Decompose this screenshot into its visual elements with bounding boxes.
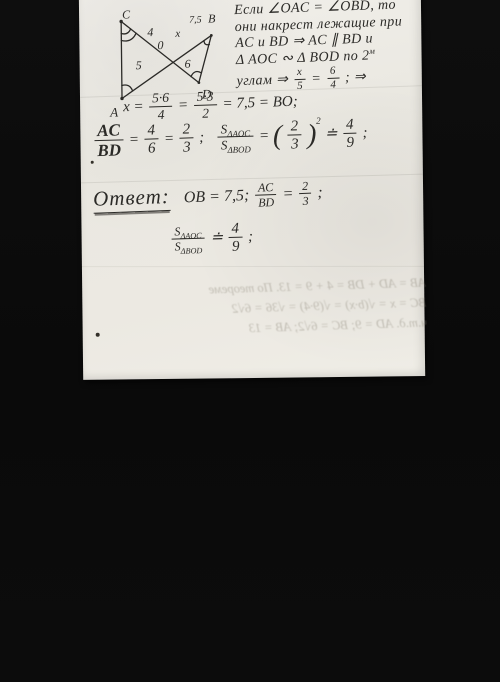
- label-c: C: [122, 8, 131, 22]
- x-equals: x =: [123, 99, 144, 116]
- fraction-numerator: 4: [228, 221, 242, 239]
- photo-background: C 7,5 B x 4 0 5 6 D A Если ∠OAC = ∠OBD, …: [0, 0, 500, 682]
- triangle-subscript: ΔBOD: [181, 246, 203, 256]
- answer-line-2: SΔAOC SΔBOD ≐ 49 ;: [169, 220, 253, 257]
- fraction-denominator: 6: [145, 140, 159, 158]
- work-line-ratios: ACBD = 46 = 23 ; SΔAOC SΔBOD = ( 23 )2 ≐…: [92, 114, 368, 161]
- fraction-numerator: 2: [179, 121, 193, 139]
- fraction-2-3-squared: 23: [287, 118, 301, 153]
- fraction-denominator: 3: [288, 136, 302, 154]
- fraction-areas: SΔAOC SΔBOD: [217, 122, 253, 153]
- notebook-page: C 7,5 B x 4 0 5 6 D A Если ∠OAC = ∠OBD, …: [79, 0, 425, 380]
- open-paren: (: [272, 120, 282, 151]
- ink-speck: [96, 333, 100, 337]
- fraction-denominator: BD: [95, 141, 124, 161]
- ink-speck: [91, 161, 94, 164]
- equals-sign: =: [259, 128, 270, 144]
- area-denominator: SΔBOD: [172, 239, 205, 254]
- fraction-ac-bd: ACBD: [255, 181, 277, 210]
- equals-sign: ≐: [325, 126, 338, 142]
- fraction-ac-bd: ACBD: [94, 121, 124, 161]
- label-6: 6: [185, 57, 191, 71]
- fraction-4-9: 49: [343, 117, 357, 152]
- fraction-denominator: 9: [343, 134, 357, 152]
- label-a: A: [109, 105, 118, 120]
- equals-sign: =: [178, 97, 189, 113]
- label-b-value: 7,5: [189, 15, 202, 26]
- fraction-numerator: AC: [255, 181, 277, 196]
- fraction-4-6: 46: [144, 122, 158, 157]
- area-numerator: SΔAOC: [171, 225, 204, 240]
- label-o: 0: [157, 38, 163, 52]
- fraction-4-9: 49: [228, 221, 242, 256]
- label-5: 5: [136, 58, 142, 72]
- answer-label: Ответ:: [93, 184, 171, 214]
- fraction-numerator: AC: [94, 121, 123, 141]
- answer-line-1: Ответ: OB = 7,5; ACBD = 23 ;: [93, 178, 324, 216]
- label-x: x: [174, 28, 180, 40]
- semicolon: ;: [317, 184, 323, 201]
- fraction-5x6-4: 5·64: [149, 91, 173, 123]
- fraction-numerator: 2: [299, 180, 312, 194]
- fraction-numerator: 4: [343, 117, 357, 135]
- equals-sign: =: [164, 131, 175, 147]
- label-b: B: [208, 11, 216, 25]
- angle-arc-b: [204, 41, 209, 45]
- semicolon: ;: [248, 229, 253, 245]
- notes-line-5-tail: ; ⇒: [345, 70, 367, 86]
- fraction-numerator: 2: [287, 118, 301, 136]
- angle-arc-d: [191, 71, 202, 76]
- fraction-numerator: 4: [144, 122, 158, 140]
- equals-sign: =: [282, 185, 293, 202]
- problem-notes: Если ∠OAC = ∠OBD, то они накрест лежащие…: [234, 0, 404, 95]
- notes-line-4-superscript: м: [369, 45, 375, 55]
- semicolon: ;: [199, 130, 204, 146]
- ink-bleedthrough: AB = AD + DB = 4 + 9 = 13. По теореме BC…: [90, 273, 428, 344]
- fraction-denominator: 9: [229, 238, 243, 256]
- equals-sign: =: [311, 71, 321, 86]
- fraction-denominator: BD: [255, 195, 277, 210]
- fraction-numerator: 6: [327, 66, 339, 79]
- area-denominator: SΔBOD: [218, 137, 254, 153]
- answer-ob: OB = 7,5;: [183, 187, 249, 206]
- semicolon: ;: [362, 125, 367, 141]
- angle-arc-c-inner: [121, 29, 130, 34]
- angle-arc-a: [122, 85, 133, 91]
- triangle-subscript: ΔBOD: [227, 145, 251, 156]
- equals-sign: =: [129, 132, 140, 148]
- fraction-2-3: 23: [179, 121, 193, 156]
- result-bo: = 7,5 = BO;: [222, 94, 298, 112]
- fraction-denominator: 3: [180, 139, 194, 157]
- exponent-2: 2: [316, 116, 321, 126]
- fraction-areas: SΔAOC SΔBOD: [171, 225, 205, 254]
- fraction-5x3-2: 5·32: [193, 89, 217, 121]
- area-numerator: SΔAOC: [217, 122, 253, 138]
- fraction-numerator: x: [294, 67, 306, 80]
- fraction-denominator: 3: [299, 194, 312, 208]
- paper-crease: [82, 266, 424, 267]
- equals-sign: ≐: [210, 230, 223, 246]
- fraction-denominator: 4: [327, 78, 339, 91]
- label-4: 4: [147, 25, 153, 39]
- fraction-2-3: 23: [299, 180, 312, 208]
